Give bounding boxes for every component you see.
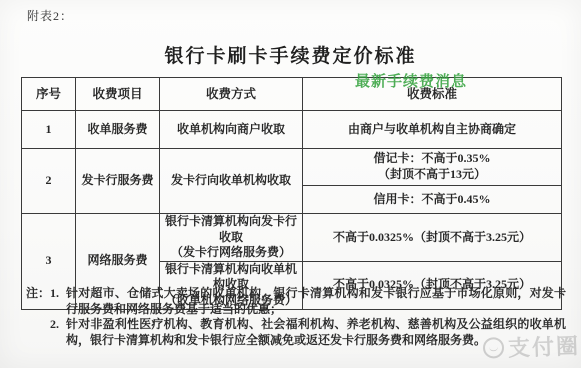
watermark: 支付圈	[482, 329, 580, 363]
debit-line1: 借记卡：不高于0.35%	[305, 151, 559, 167]
page-title: 银行卡刷卡手续费定价标准	[0, 41, 581, 68]
watermark-text: 支付圈	[507, 329, 580, 362]
method1-line2: （发卡行网络服务费）	[162, 245, 300, 261]
footnote-number: 2.	[50, 317, 66, 333]
table-row: 2 发卡行服务费 发卡行向收单机构收取 借记卡：不高于0.35% （封顶不高于1…	[22, 149, 562, 186]
cell-row2-no: 2	[22, 149, 76, 214]
latest-fee-news-overlay: 最新手续费消息	[355, 70, 467, 91]
header-收费方式: 收费方式	[160, 78, 303, 111]
header-序号: 序号	[22, 78, 76, 111]
cell-row2-debit-standard: 借记卡：不高于0.35% （封顶不高于13元）	[303, 149, 562, 186]
table-header-row: 序号 收费项目 收费方式 收费标准	[22, 78, 562, 111]
cell-row3-standard1: 不高于0.0325%（封顶不高于3.25元）	[303, 214, 562, 262]
payment-circle-logo-icon	[483, 337, 505, 359]
footnote-item-1: 1. 针对超市、仓储式大卖场的收单机构，银行卡清算机构和发卡银行应基于市场化原则…	[50, 286, 566, 317]
scanned-document-page: 附表2： 银行卡刷卡手续费定价标准 最新手续费消息 序号 收费项目 收费方式 收…	[0, 0, 581, 368]
cell-row1-item: 收单服务费	[76, 111, 160, 149]
cell-row1-standard: 由商户与收单机构自主协商确定	[303, 111, 562, 149]
table-row: 1 收单服务费 收单机构向商户收取 由商户与收单机构自主协商确定	[22, 111, 562, 149]
cell-row3-method1: 银行卡清算机构向发卡行收取 （发卡行网络服务费）	[160, 214, 303, 262]
cell-row2-credit-standard: 信用卡：不高于0.45%	[303, 186, 562, 214]
cell-row2-method: 发卡行向收单机构收取	[160, 149, 303, 214]
cell-row1-method: 收单机构向商户收取	[160, 111, 303, 149]
cell-row2-item: 发卡行服务费	[76, 149, 160, 214]
method1-line1: 银行卡清算机构向发卡行收取	[162, 214, 300, 245]
table-row: 3 网络服务费 银行卡清算机构向发卡行收取 （发卡行网络服务费） 不高于0.03…	[22, 214, 562, 262]
appendix-label: 附表2：	[27, 7, 73, 24]
fee-pricing-table: 序号 收费项目 收费方式 收费标准 1 收单服务费 收单机构向商户收取 由商户与…	[21, 77, 562, 310]
footnotes-label: 注：	[26, 286, 50, 302]
debit-line2: （封顶不高于13元）	[305, 167, 559, 183]
footnote-text: 针对超市、仓储式大卖场的收单机构，银行卡清算机构和发卡银行应基于市场化原则，对发…	[66, 286, 566, 317]
cell-row1-no: 1	[22, 111, 76, 149]
header-收费项目: 收费项目	[76, 78, 160, 111]
footnote-number: 1.	[50, 286, 66, 302]
